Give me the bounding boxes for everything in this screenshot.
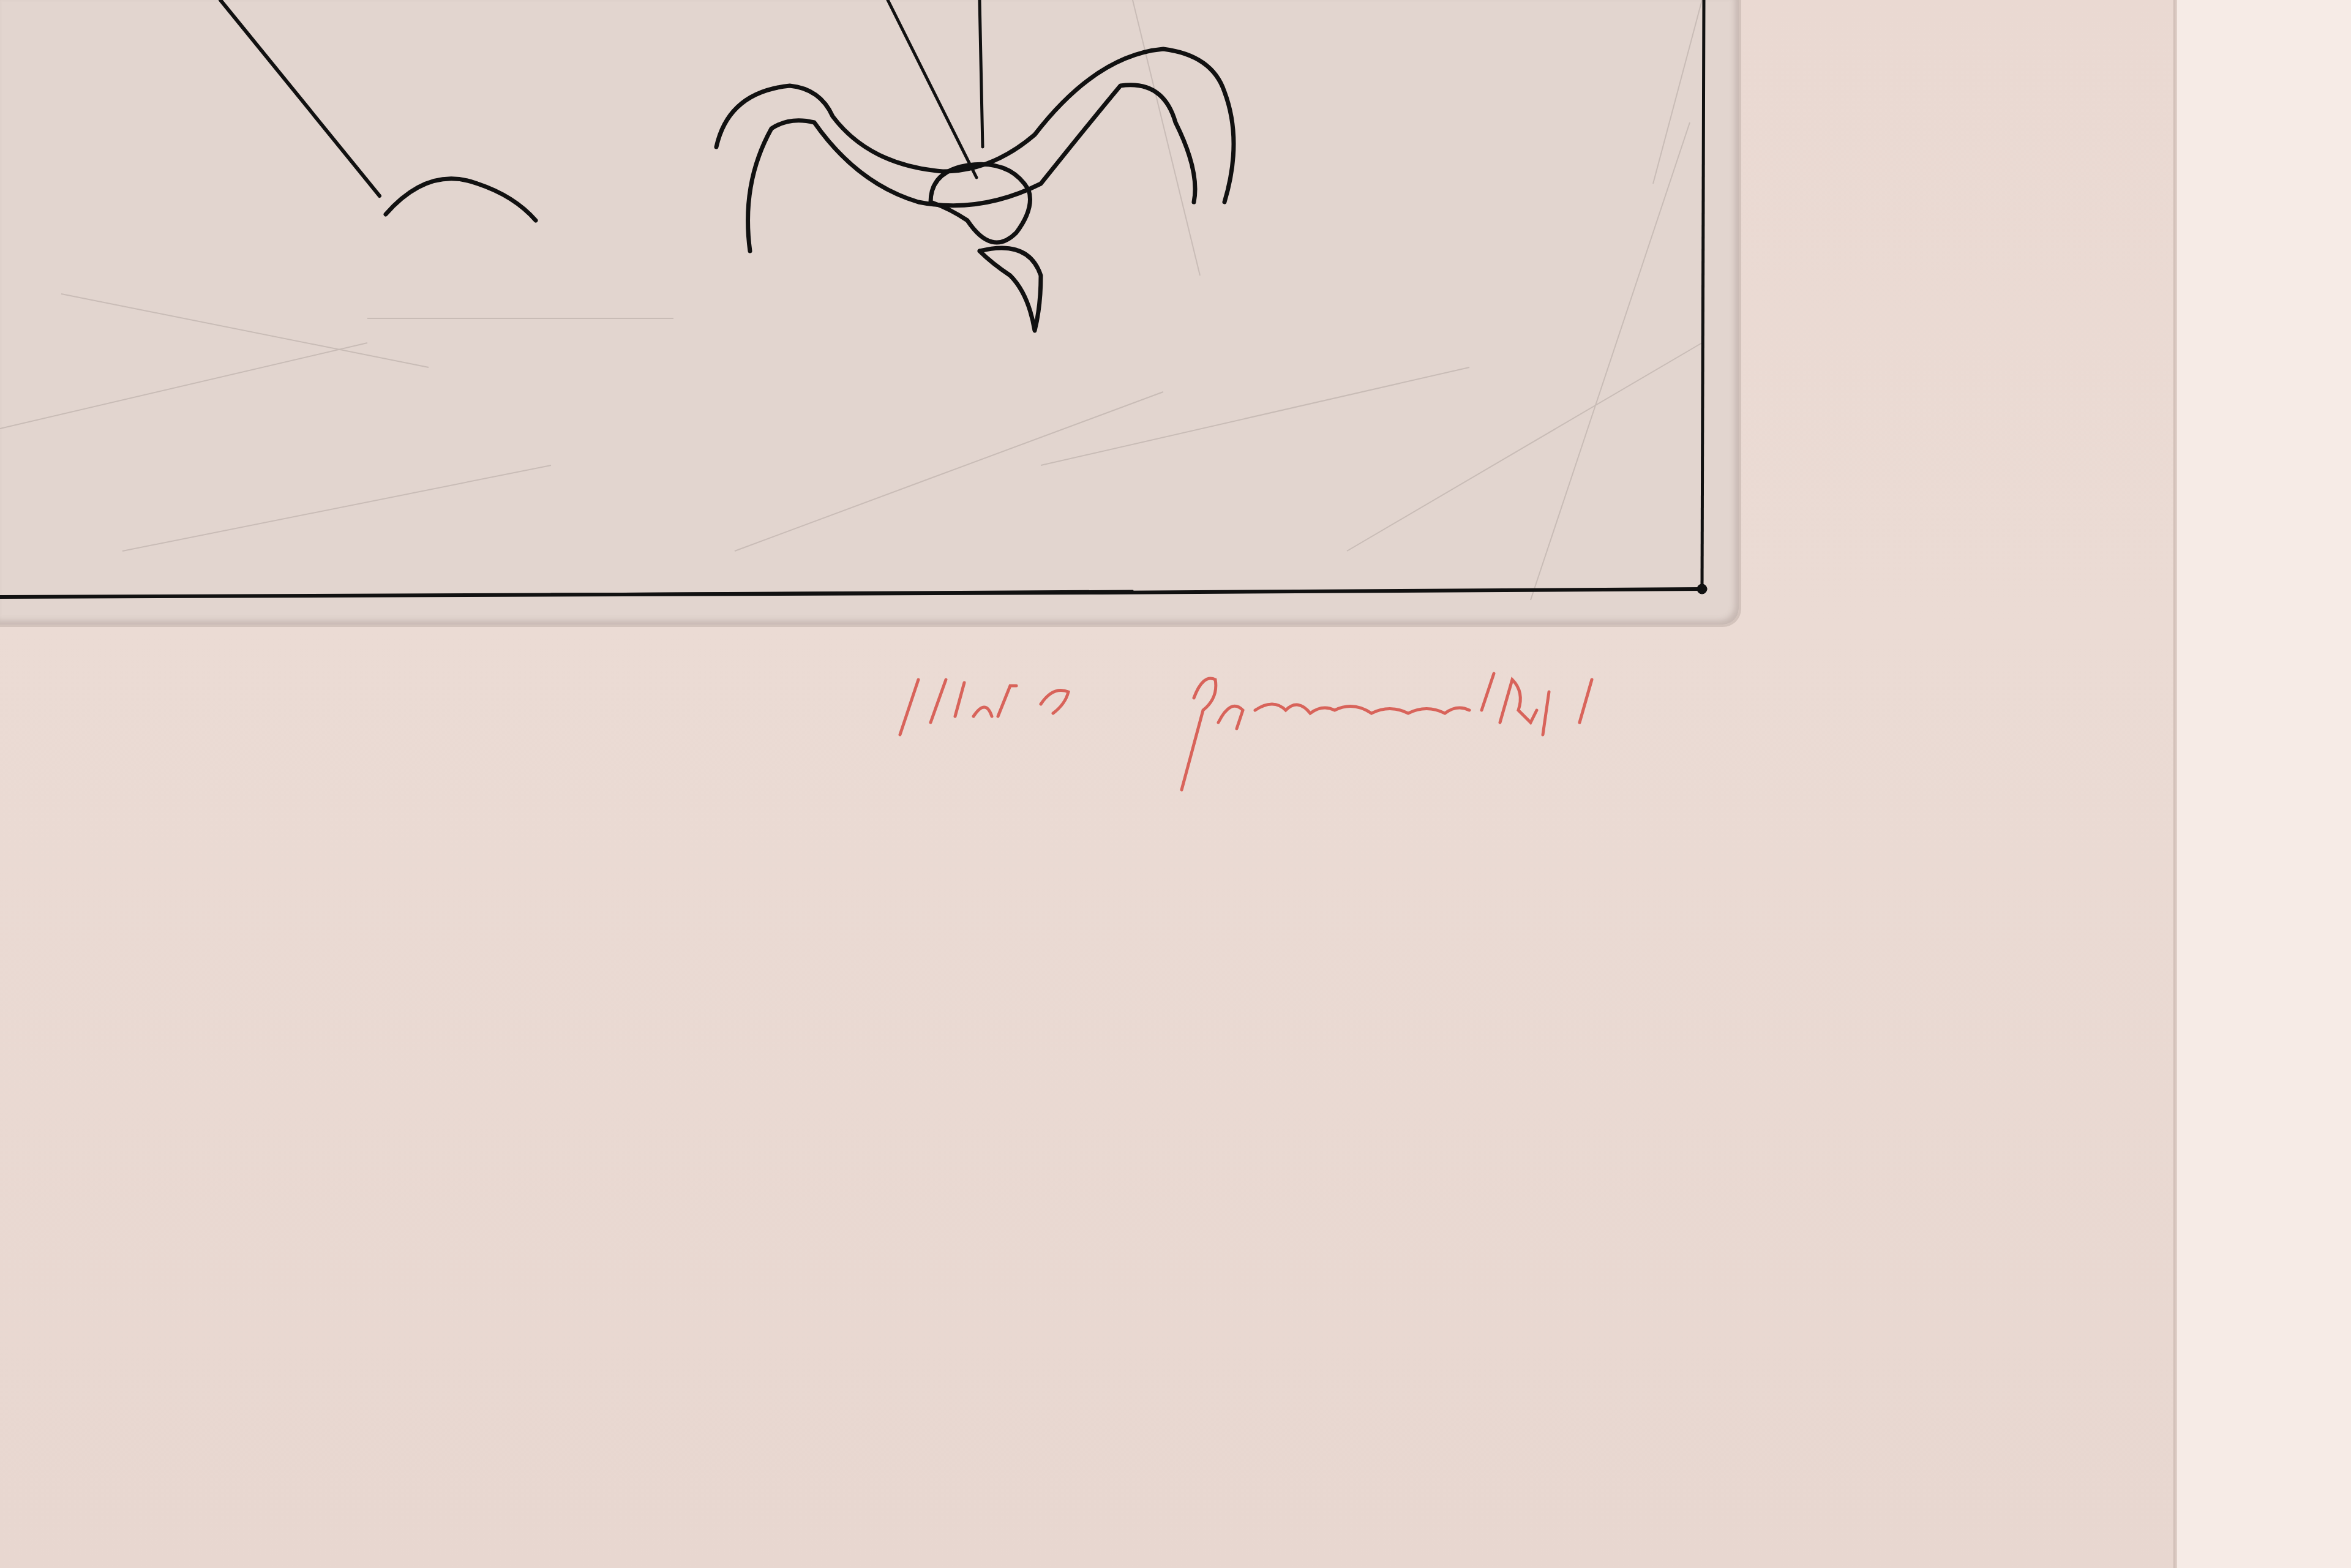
plate-scratches <box>0 0 1702 600</box>
photo-scene <box>0 0 2351 1568</box>
etching-drawing <box>0 0 2351 1568</box>
signature-strokes <box>900 673 1592 790</box>
figure-drawing <box>220 0 1234 331</box>
